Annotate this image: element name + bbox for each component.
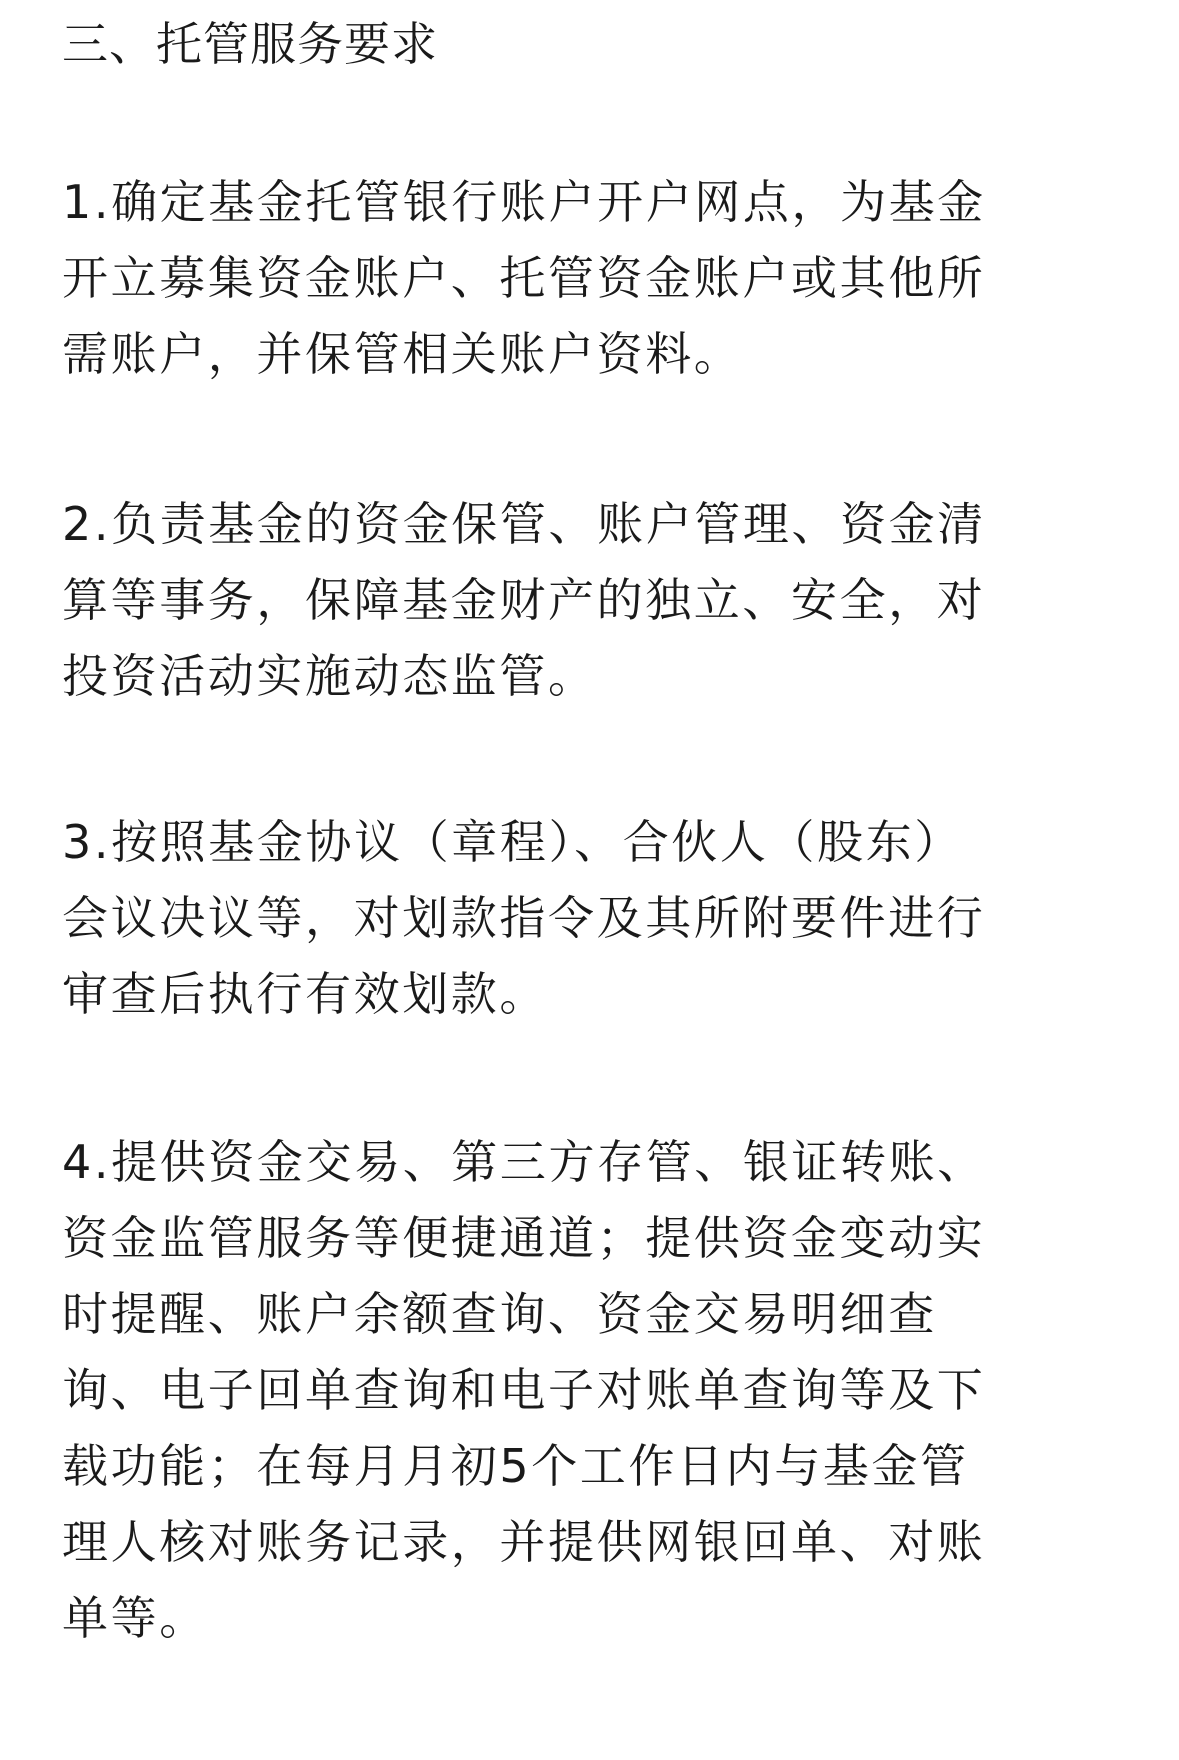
paragraph-2: 2.负责基金的资金保管、账户管理、资金清 算等事务，保障基金财产的独立、安全，对…	[62, 486, 1122, 714]
paragraph-4-line-6: 理人核对账务记录，并提供网银回单、对账	[62, 1504, 1122, 1580]
paragraph-4-line-5: 载功能；在每月月初5个工作日内与基金管	[62, 1428, 1122, 1504]
section-heading: 三、托管服务要求	[62, 12, 438, 76]
paragraph-4-line-7: 单等。	[62, 1580, 1122, 1656]
paragraph-2-line-1: 2.负责基金的资金保管、账户管理、资金清	[62, 486, 1122, 562]
paragraph-4-line-3: 时提醒、账户余额查询、资金交易明细查	[62, 1276, 1122, 1352]
paragraph-3-line-3: 审查后执行有效划款。	[62, 956, 1122, 1032]
paragraph-4-line-4: 询、电子回单查询和电子对账单查询等及下	[62, 1352, 1122, 1428]
paragraph-3-line-1: 3.按照基金协议（章程）、合伙人（股东）	[62, 804, 1122, 880]
paragraph-3: 3.按照基金协议（章程）、合伙人（股东） 会议决议等，对划款指令及其所附要件进行…	[62, 804, 1122, 1032]
paragraph-1-line-1: 1.确定基金托管银行账户开户网点，为基金	[62, 164, 1122, 240]
paragraph-4-line-2: 资金监管服务等便捷通道；提供资金变动实	[62, 1200, 1122, 1276]
paragraph-1-line-2: 开立募集资金账户、托管资金账户或其他所	[62, 240, 1122, 316]
paragraph-4-line-1: 4.提供资金交易、第三方存管、银证转账、	[62, 1124, 1122, 1200]
paragraph-1-line-3: 需账户，并保管相关账户资料。	[62, 316, 1122, 392]
document-page: 三、托管服务要求 1.确定基金托管银行账户开户网点，为基金 开立募集资金账户、托…	[0, 0, 1179, 1760]
paragraph-2-line-3: 投资活动实施动态监管。	[62, 638, 1122, 714]
paragraph-3-line-2: 会议决议等，对划款指令及其所附要件进行	[62, 880, 1122, 956]
paragraph-4: 4.提供资金交易、第三方存管、银证转账、 资金监管服务等便捷通道；提供资金变动实…	[62, 1124, 1122, 1656]
paragraph-1: 1.确定基金托管银行账户开户网点，为基金 开立募集资金账户、托管资金账户或其他所…	[62, 164, 1122, 392]
paragraph-2-line-2: 算等事务，保障基金财产的独立、安全，对	[62, 562, 1122, 638]
